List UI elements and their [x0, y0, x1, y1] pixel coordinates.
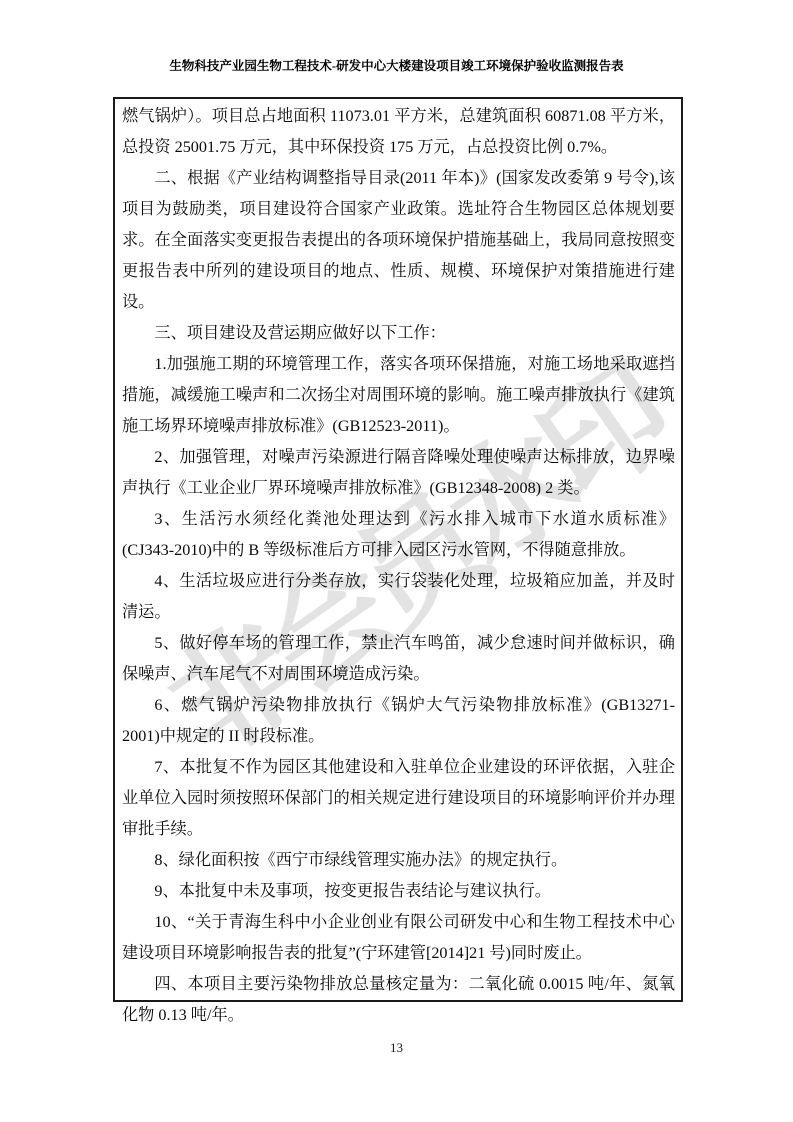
paragraph: 燃气锅炉）。项目总占地面积 11073.01 平方米，总建筑面积 60871.0… — [122, 101, 675, 163]
paragraph: 三、项目建设及营运期应做好以下工作： — [122, 318, 675, 349]
page-title: 生物科技产业园生物工程技术-研发中心大楼建设项目竣工环境保护验收监测报告表 — [0, 56, 793, 74]
paragraph: 四、本项目主要污染物排放总量核定量为：二氧化硫 0.0015 吨/年、氮氧化物 … — [122, 969, 675, 1031]
paragraph: 6、燃气锅炉污染物排放执行《锅炉大气污染物排放标准》(GB13271-2001)… — [122, 690, 675, 752]
paragraph: 9、本批复中未及事项，按变更报告表结论与建议执行。 — [122, 876, 675, 907]
page-number: 13 — [0, 1040, 793, 1056]
paragraph: 1.加强施工期的环境管理工作，落实各项环保措施，对施工场地采取遮挡措施，减缓施工… — [122, 349, 675, 442]
paragraph: 7、本批复不作为园区其他建设和入驻单位企业建设的环评依据，入驻企业单位入园时须按… — [122, 752, 675, 845]
paragraph: 4、生活垃圾应进行分类存放，实行袋装化处理，垃圾箱应加盖，并及时清运。 — [122, 566, 675, 628]
paragraph: 5、做好停车场的管理工作，禁止汽车鸣笛，减少怠速时间并做标识，确保噪声、汽车尾气… — [122, 628, 675, 690]
content-table: 燃气锅炉）。项目总占地面积 11073.01 平方米，总建筑面积 60871.0… — [113, 97, 683, 1002]
paragraph: 8、绿化面积按《西宁市绿线管理实施办法》的规定执行。 — [122, 845, 675, 876]
table-cell-approval-text: 燃气锅炉）。项目总占地面积 11073.01 平方米，总建筑面积 60871.0… — [115, 99, 681, 1031]
paragraph: 3、生活污水须经化粪池处理达到《污水排入城市下水道水质标准》(CJ343-201… — [122, 504, 675, 566]
paragraph: 2、加强管理，对噪声污染源进行隔音降噪处理使噪声达标排放，边界噪声执行《工业企业… — [122, 442, 675, 504]
document-page: 生物科技产业园生物工程技术-研发中心大楼建设项目竣工环境保护验收监测报告表 非会… — [0, 0, 793, 1122]
paragraph: 二、根据《产业结构调整指导目录(2011 年本)》(国家发改委第 9 号令),该… — [122, 163, 675, 318]
paragraph: 10、“关于青海生科中小企业创业有限公司研发中心和生物工程技术中心建设项目环境影… — [122, 907, 675, 969]
